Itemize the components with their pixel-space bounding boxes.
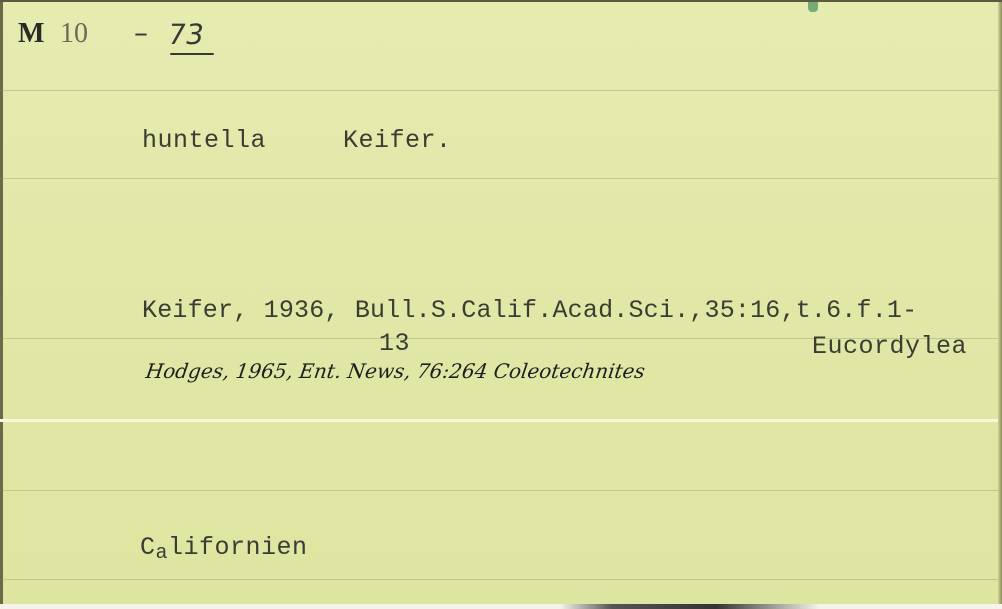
card-id-number: 10 <box>60 18 88 50</box>
handwritten-note: Hodges, 1965, Ent. News, 76:264 Coleotec… <box>145 361 647 381</box>
scan-bottom-edge <box>0 604 1002 609</box>
locality-initial: C <box>140 533 156 562</box>
locality-subscript: a <box>156 542 169 565</box>
scan-shadow <box>560 604 820 609</box>
card-fold-crease <box>0 419 1002 422</box>
card-id-prefix: M <box>18 18 44 50</box>
card-rule-line <box>0 90 1002 91</box>
card-rule-line <box>0 490 1002 491</box>
citation-line-2-pages: 13 <box>379 331 410 356</box>
card-tab-marker <box>808 2 818 12</box>
citation-genus: Eucordylea <box>812 334 967 359</box>
card-rule-line <box>0 178 1002 179</box>
card-id-subnumber: 73 <box>165 18 206 51</box>
species-name: huntella <box>142 128 266 153</box>
locality-rest: lifornien <box>168 533 308 562</box>
locality: Californien <box>140 535 308 560</box>
card-rule-line <box>0 579 1002 580</box>
species-author: Keifer. <box>343 128 452 153</box>
citation-line-1: Keifer, 1936, Bull.S.Calif.Acad.Sci.,35:… <box>142 298 917 323</box>
index-card: M 10 – 73 huntella Keifer. Keifer, 1936,… <box>0 0 1002 604</box>
card-id-dash: – <box>134 16 148 49</box>
card-id-underline <box>170 53 214 55</box>
